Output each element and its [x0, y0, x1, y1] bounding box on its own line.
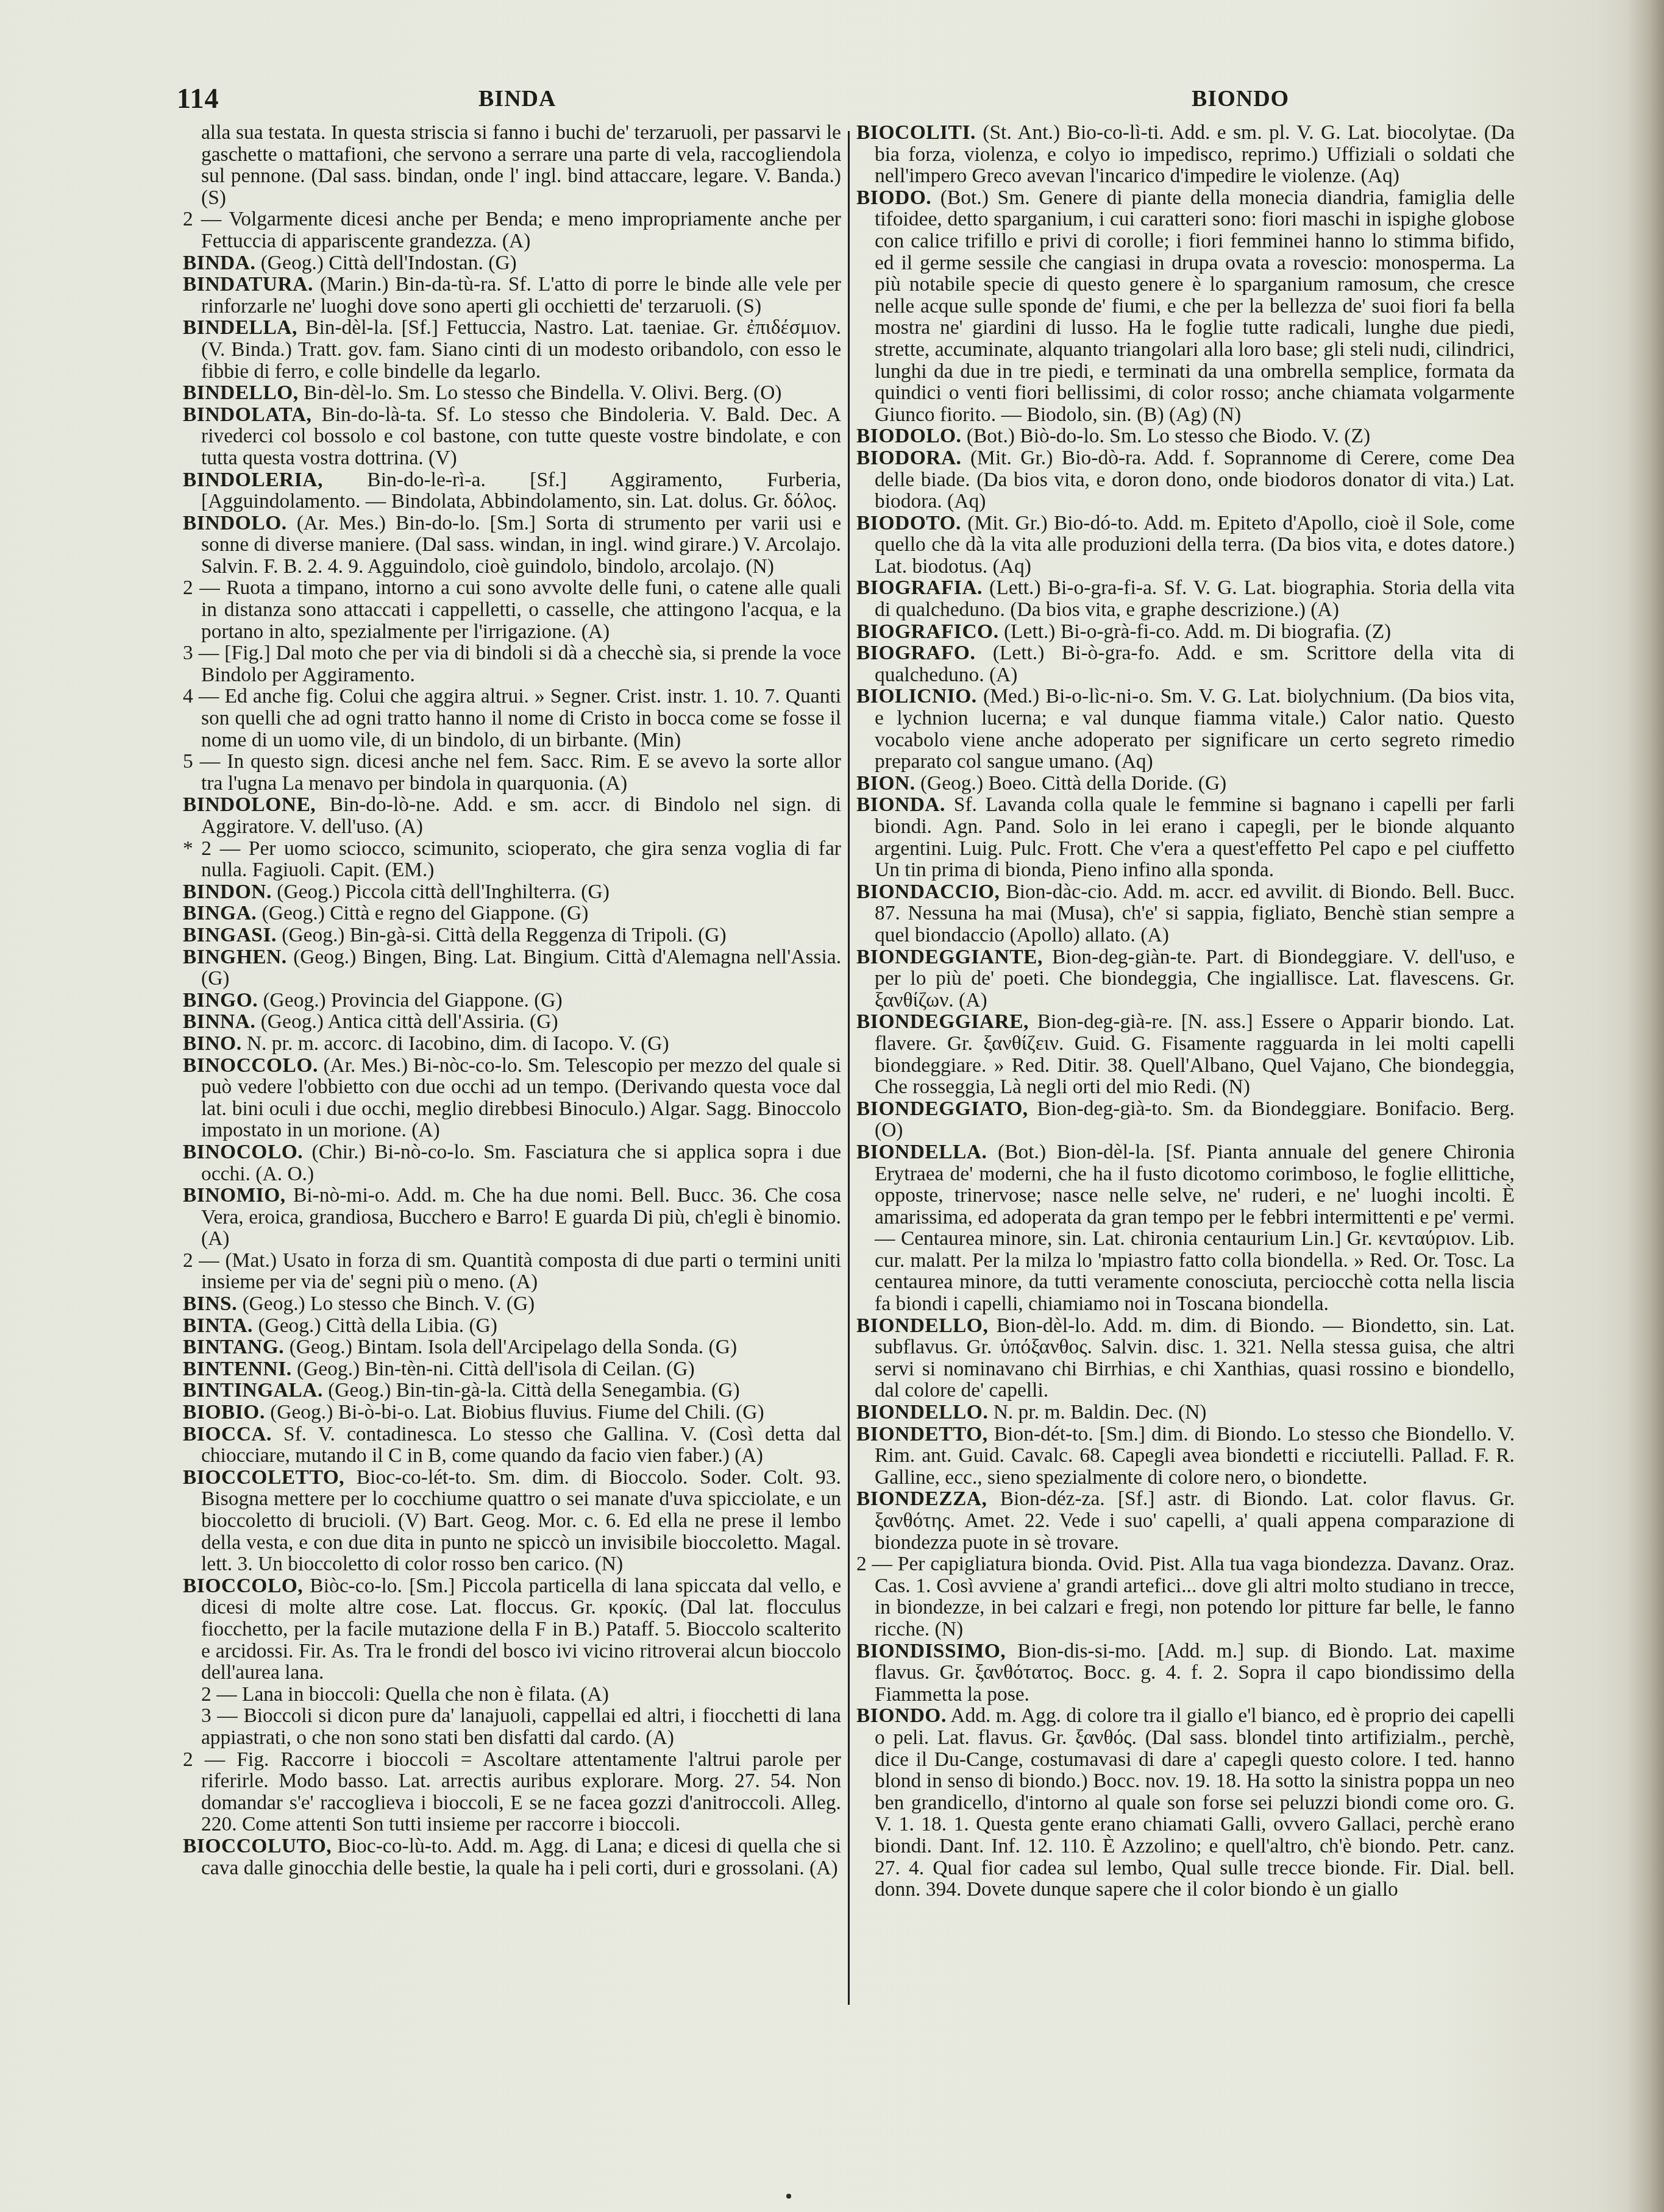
dictionary-entry: BIODOTO. (Mit. Gr.) Bio-dó-to. Add. m. E…: [856, 512, 1515, 578]
entry-headword: BINDOLATA,: [183, 403, 311, 426]
entry-headword: BIONDACCIO,: [856, 881, 1000, 903]
entry-headword: BINGA.: [183, 902, 257, 924]
entry-headword: BINS.: [183, 1292, 237, 1315]
dictionary-entry: BINGASI. (Geog.) Bin-gà-si. Città della …: [183, 924, 841, 946]
dictionary-entry: BINOMIO, Bi-nò-mi-o. Add. m. Che ha due …: [183, 1185, 841, 1250]
entry-headword: BINDOLERIA,: [183, 469, 323, 491]
dictionary-entry: BINGHEN. (Geog.) Bingen, Bing. Lat. Bing…: [183, 946, 841, 990]
entry-headword: BINTA.: [183, 1314, 253, 1337]
entry-subsense: 3 — [Fig.] Dal moto che per via di bindo…: [183, 642, 841, 686]
entry-subsense: 2 — Fig. Raccorre i bioccoli = Ascoltare…: [183, 1749, 841, 1835]
dictionary-entry: BIONDELLO, Bion-dèl-lo. Add. m. dim. di …: [856, 1315, 1515, 1402]
dictionary-entry: BINDOLONE, Bin-do-lò-ne. Add. e sm. accr…: [183, 794, 841, 837]
entry-headword: BINDELLA,: [183, 316, 297, 339]
entry-continuation: alla sua testata. In questa striscia si …: [183, 122, 841, 208]
dictionary-entry: BIONDEZZA, Bion-déz-za. [Sf.] astr. di B…: [856, 1488, 1515, 1553]
dictionary-entry: BINOCCOLO. (Ar. Mes.) Bi-nòc-co-lo. Sm. …: [183, 1055, 841, 1141]
dictionary-entry: BION. (Geog.) Boeo. Città della Doride. …: [856, 773, 1515, 795]
entry-headword: BIONDEGGIATO,: [856, 1097, 1028, 1120]
dictionary-entry: BINOCOLO. (Chir.) Bi-nò-co-lo. Sm. Fasci…: [183, 1141, 841, 1185]
ink-speck: [786, 2194, 791, 2199]
entry-headword: BIODOLO.: [856, 425, 961, 447]
dictionary-entry: BINDOLO. (Ar. Mes.) Bin-do-lo. [Sm.] Sor…: [183, 512, 841, 578]
entry-definition: (Mit. Gr.) Bio-dó-to. Add. m. Epiteto d'…: [875, 512, 1515, 578]
dictionary-entry: BINDOLATA, Bin-do-là-ta. Sf. Lo stesso c…: [183, 404, 841, 469]
entry-definition: (Geog.) Bin-tèn-ni. Città dell'isola di …: [297, 1358, 695, 1380]
entry-definition: Sf. V. contadinesca. Lo stesso che Galli…: [201, 1423, 841, 1467]
entry-subsense: 2 — Volgarmente dicesi anche per Benda; …: [183, 208, 841, 252]
dictionary-entry: BIOCCOLO, Biòc-co-lo. [Sm.] Piccola part…: [183, 1575, 841, 1684]
entry-headword: BIODOTO.: [856, 512, 961, 534]
dictionary-entry: BINGA. (Geog.) Città e regno del Giappon…: [183, 902, 841, 924]
dictionary-entry: BIOGRAFIA. (Lett.) Bi-o-gra-fi-a. Sf. V.…: [856, 577, 1515, 620]
entry-headword: BINOCOLO.: [183, 1141, 303, 1163]
entry-headword: BIOLICNIO.: [856, 685, 977, 707]
entry-headword: BIOGRAFIA.: [856, 576, 983, 599]
entry-definition: (Bot.) Biò-do-lo. Sm. Lo stesso che Biod…: [967, 425, 1370, 447]
entry-definition: (Bot.) Sm. Genere di piante della moneci…: [875, 186, 1515, 426]
dictionary-entry: BINS. (Geog.) Lo stesso che Binch. V. (G…: [183, 1293, 841, 1315]
dictionary-entry: BINDATURA. (Marin.) Bin-da-tù-ra. Sf. L'…: [183, 274, 841, 317]
entry-headword: BIONDELLA.: [856, 1141, 987, 1163]
entry-definition: (Geog.) Città dell'Indostan. (G): [261, 252, 517, 274]
entry-headword: BINDON.: [183, 881, 272, 903]
entry-headword: BIOGRAFO.: [856, 642, 975, 664]
entry-subsense: 4 — Ed anche fig. Colui che aggira altru…: [183, 686, 841, 751]
dictionary-entry: BIONDEGGIARE, Bion-deg-già-re. [N. ass.]…: [856, 1011, 1515, 1097]
entry-definition: Add. m. Agg. di colore tra il giallo e'l…: [875, 1704, 1515, 1901]
entry-headword: BINTANG.: [183, 1336, 284, 1358]
entry-definition: (Geog.) Bintam. Isola dell'Arcipelago de…: [290, 1336, 737, 1358]
entry-headword: BIOCOLITI.: [856, 121, 976, 144]
running-head-right: BIONDO: [1192, 85, 1289, 112]
dictionary-entry: BINTANG. (Geog.) Bintam. Isola dell'Arci…: [183, 1336, 841, 1358]
dictionary-entry: BIOBIO. (Geog.) Bi-ò-bi-o. Lat. Biobius …: [183, 1402, 841, 1423]
entry-headword: BINO.: [183, 1032, 242, 1055]
dictionary-entry: BINO. N. pr. m. accorc. di Iacobino, dim…: [183, 1033, 841, 1055]
entry-definition: N. pr. m. Baldin. Dec. (N): [994, 1401, 1207, 1423]
dictionary-entry: BIODOLO. (Bot.) Biò-do-lo. Sm. Lo stesso…: [856, 425, 1515, 447]
dictionary-entry: BIOCCA. Sf. V. contadinesca. Lo stesso c…: [183, 1423, 841, 1467]
entry-definition: (Geog.) Piccola città dell'Inghilterra. …: [277, 881, 610, 903]
entry-headword: BINTENNI.: [183, 1358, 292, 1380]
entry-definition: (Ar. Mes.) Bin-do-lo. [Sm.] Sorta di str…: [201, 512, 841, 578]
entry-subsense: 2 — Ruota a timpano, intorno a cui sono …: [183, 577, 841, 642]
dictionary-entry: BIONDACCIO, Bion-dàc-cio. Add. m. accr. …: [856, 881, 1515, 946]
dictionary-entry: BINNA. (Geog.) Antica città dell'Assiria…: [183, 1011, 841, 1033]
entry-headword: BINDELLO,: [183, 381, 299, 404]
entry-headword: BIOCCOLO,: [183, 1575, 303, 1597]
dictionary-entry: BIOGRAFO. (Lett.) Bi-ò-gra-fo. Add. e sm…: [856, 642, 1515, 686]
entry-headword: BIOCCA.: [183, 1423, 272, 1445]
entry-subsense: 2 — Per capigliatura bionda. Ovid. Pist.…: [856, 1553, 1515, 1640]
entry-definition: (Geog.) Antica città dell'Assiria. (G): [261, 1010, 558, 1033]
entry-headword: BINGO.: [183, 989, 258, 1012]
entry-headword: BIONDEGGIARE,: [856, 1010, 1029, 1033]
left-column: alla sua testata. In questa striscia si …: [183, 122, 841, 1879]
dictionary-entry: BIODORA. (Mit. Gr.) Bio-dò-ra. Add. f. S…: [856, 447, 1515, 512]
entry-headword: BINTINGALA.: [183, 1379, 323, 1402]
entry-subsense: * 2 — Per uomo sciocco, scimunito, sciop…: [183, 838, 841, 881]
entry-definition: Bi-nò-mi-o. Add. m. Che ha due nomi. Bel…: [201, 1184, 841, 1250]
entry-definition: (Geog.) Bi-ò-bi-o. Lat. Biobius fluvius.…: [270, 1401, 764, 1423]
entry-headword: BIONDELLO,: [856, 1314, 988, 1337]
entry-definition: (Geog.) Bin-tin-gà-la. Città della Seneg…: [328, 1379, 739, 1402]
entry-headword: BIONDO.: [856, 1704, 947, 1727]
entry-headword: BINDOLO.: [183, 512, 287, 534]
entry-headword: BINGHEN.: [183, 946, 287, 968]
dictionary-entry: BINTINGALA. (Geog.) Bin-tin-gà-la. Città…: [183, 1380, 841, 1402]
dictionary-entry: BIOCCOLETTO, Bioc-co-lét-to. Sm. dim. di…: [183, 1467, 841, 1575]
dictionary-entry: BIODO. (Bot.) Sm. Genere di piante della…: [856, 187, 1515, 426]
entry-headword: BINOCCOLO.: [183, 1054, 318, 1077]
entry-definition: (Geog.) Città e regno del Giappone. (G): [262, 902, 589, 924]
entry-definition: (Mit. Gr.) Bio-dò-ra. Add. f. Soprannome…: [875, 447, 1515, 512]
running-head-left: BINDA: [478, 85, 556, 112]
book-spine-shadow: [1627, 0, 1664, 2212]
entry-definition: (Lett.) Bi-o-grà-fi-co. Add. m. Di biogr…: [1004, 620, 1391, 643]
entry-headword: BIOGRAFICO.: [856, 620, 999, 643]
entry-subsense: 3 — Bioccoli si dicon pure da' lanajuoli…: [183, 1705, 841, 1748]
entry-subsense: 5 — In questo sign. dicesi anche nel fem…: [183, 751, 841, 794]
right-column: BIOCOLITI. (St. Ant.) Bio-co-lì-ti. Add.…: [856, 122, 1515, 1901]
dictionary-entry: BINTA. (Geog.) Città della Libia. (G): [183, 1315, 841, 1337]
entry-headword: BIONDELLO.: [856, 1401, 988, 1423]
entry-definition: Sf. Lavanda colla quale le femmine si ba…: [875, 793, 1515, 881]
entry-headword: BINDOLONE,: [183, 793, 316, 816]
entry-definition: (Geog.) Città della Libia. (G): [258, 1314, 497, 1337]
entry-definition: N. pr. m. accorc. di Iacobino, dim. di I…: [247, 1032, 669, 1055]
dictionary-entry: BIONDEGGIATO, Bion-deg-già-to. Sm. da Bi…: [856, 1098, 1515, 1141]
entry-definition: (Geog.) Bin-gà-si. Città della Reggenza …: [282, 924, 726, 946]
entry-definition: (Geog.) Boeo. Città della Doride. (G): [920, 772, 1226, 795]
dictionary-entry: BIONDO. Add. m. Agg. di colore tra il gi…: [856, 1705, 1515, 1900]
column-divider: [848, 131, 850, 2005]
dictionary-entry: BINTENNI. (Geog.) Bin-tèn-ni. Città dell…: [183, 1358, 841, 1380]
entry-subsense: 2 — (Mat.) Usato in forza di sm. Quantit…: [183, 1250, 841, 1293]
dictionary-page: 114 BINDA BIONDO alla sua testata. In qu…: [0, 0, 1664, 2212]
dictionary-entry: BIOLICNIO. (Med.) Bi-o-lìc-ni-o. Sm. V. …: [856, 686, 1515, 772]
dictionary-entry: BINDA. (Geog.) Città dell'Indostan. (G): [183, 252, 841, 274]
entry-definition: Bin-dèl-la. [Sf.] Fettuccia, Nastro. Lat…: [201, 316, 841, 382]
entry-definition: (Bot.) Bion-dèl-la. [Sf. Pianta annuale …: [875, 1141, 1515, 1315]
entry-headword: BINDA.: [183, 252, 255, 274]
dictionary-entry: BIONDELLA. (Bot.) Bion-dèl-la. [Sf. Pian…: [856, 1141, 1515, 1315]
entry-definition: (Geog.) Provincia del Giappone. (G): [263, 989, 562, 1012]
entry-headword: BIONDISSIMO,: [856, 1640, 1006, 1662]
entry-headword: BIOCCOLUTO,: [183, 1835, 332, 1857]
entry-subsense: 2 — Lana in bioccoli: Quella che non è f…: [183, 1684, 841, 1706]
dictionary-entry: BIONDA. Sf. Lavanda colla quale le femmi…: [856, 794, 1515, 881]
page-number: 114: [177, 82, 219, 115]
entry-definition: Bin-dèl-lo. Sm. Lo stesso che Bindella. …: [304, 381, 781, 404]
entry-definition: (Geog.) Bingen, Bing. Lat. Bingium. Citt…: [201, 946, 841, 990]
dictionary-entry: BINDOLERIA, Bin-do-le-rì-a. [Sf.] Aggira…: [183, 469, 841, 512]
entry-headword: BIONDA.: [856, 793, 945, 816]
entry-headword: BIOCCOLETTO,: [183, 1466, 344, 1489]
entry-definition: (Geog.) Lo stesso che Binch. V. (G): [242, 1292, 535, 1315]
dictionary-entry: BIONDEGGIANTE, Bion-deg-giàn-te. Part. d…: [856, 946, 1515, 1012]
entry-headword: BINNA.: [183, 1010, 255, 1033]
dictionary-entry: BIONDETTO, Bion-dét-to. [Sm.] dim. di Bi…: [856, 1423, 1515, 1489]
entry-headword: BIOBIO.: [183, 1401, 265, 1423]
dictionary-entry: BINGO. (Geog.) Provincia del Giappone. (…: [183, 990, 841, 1012]
dictionary-entry: BIOCOLITI. (St. Ant.) Bio-co-lì-ti. Add.…: [856, 122, 1515, 187]
entry-headword: BIONDEZZA,: [856, 1487, 987, 1510]
dictionary-entry: BINDELLA, Bin-dèl-la. [Sf.] Fettuccia, N…: [183, 317, 841, 382]
dictionary-entry: BINDON. (Geog.) Piccola città dell'Inghi…: [183, 881, 841, 903]
entry-headword: BIONDEGGIANTE,: [856, 946, 1043, 968]
dictionary-entry: BIOGRAFICO. (Lett.) Bi-o-grà-fi-co. Add.…: [856, 621, 1515, 643]
dictionary-entry: BIOCCOLUTO, Bioc-co-lù-to. Add. m. Agg. …: [183, 1835, 841, 1879]
entry-headword: BIODO.: [856, 186, 931, 209]
entry-headword: BINDATURA.: [183, 273, 313, 296]
entry-headword: BIODORA.: [856, 447, 961, 469]
dictionary-entry: BINDELLO, Bin-dèl-lo. Sm. Lo stesso che …: [183, 382, 841, 404]
entry-headword: BINGASI.: [183, 924, 277, 946]
entry-headword: BION.: [856, 772, 916, 795]
dictionary-entry: BIONDELLO. N. pr. m. Baldin. Dec. (N): [856, 1402, 1515, 1423]
dictionary-entry: BIONDISSIMO, Bion-dis-si-mo. [Add. m.] s…: [856, 1640, 1515, 1706]
entry-headword: BINOMIO,: [183, 1184, 286, 1207]
entry-headword: BIONDETTO,: [856, 1423, 988, 1445]
